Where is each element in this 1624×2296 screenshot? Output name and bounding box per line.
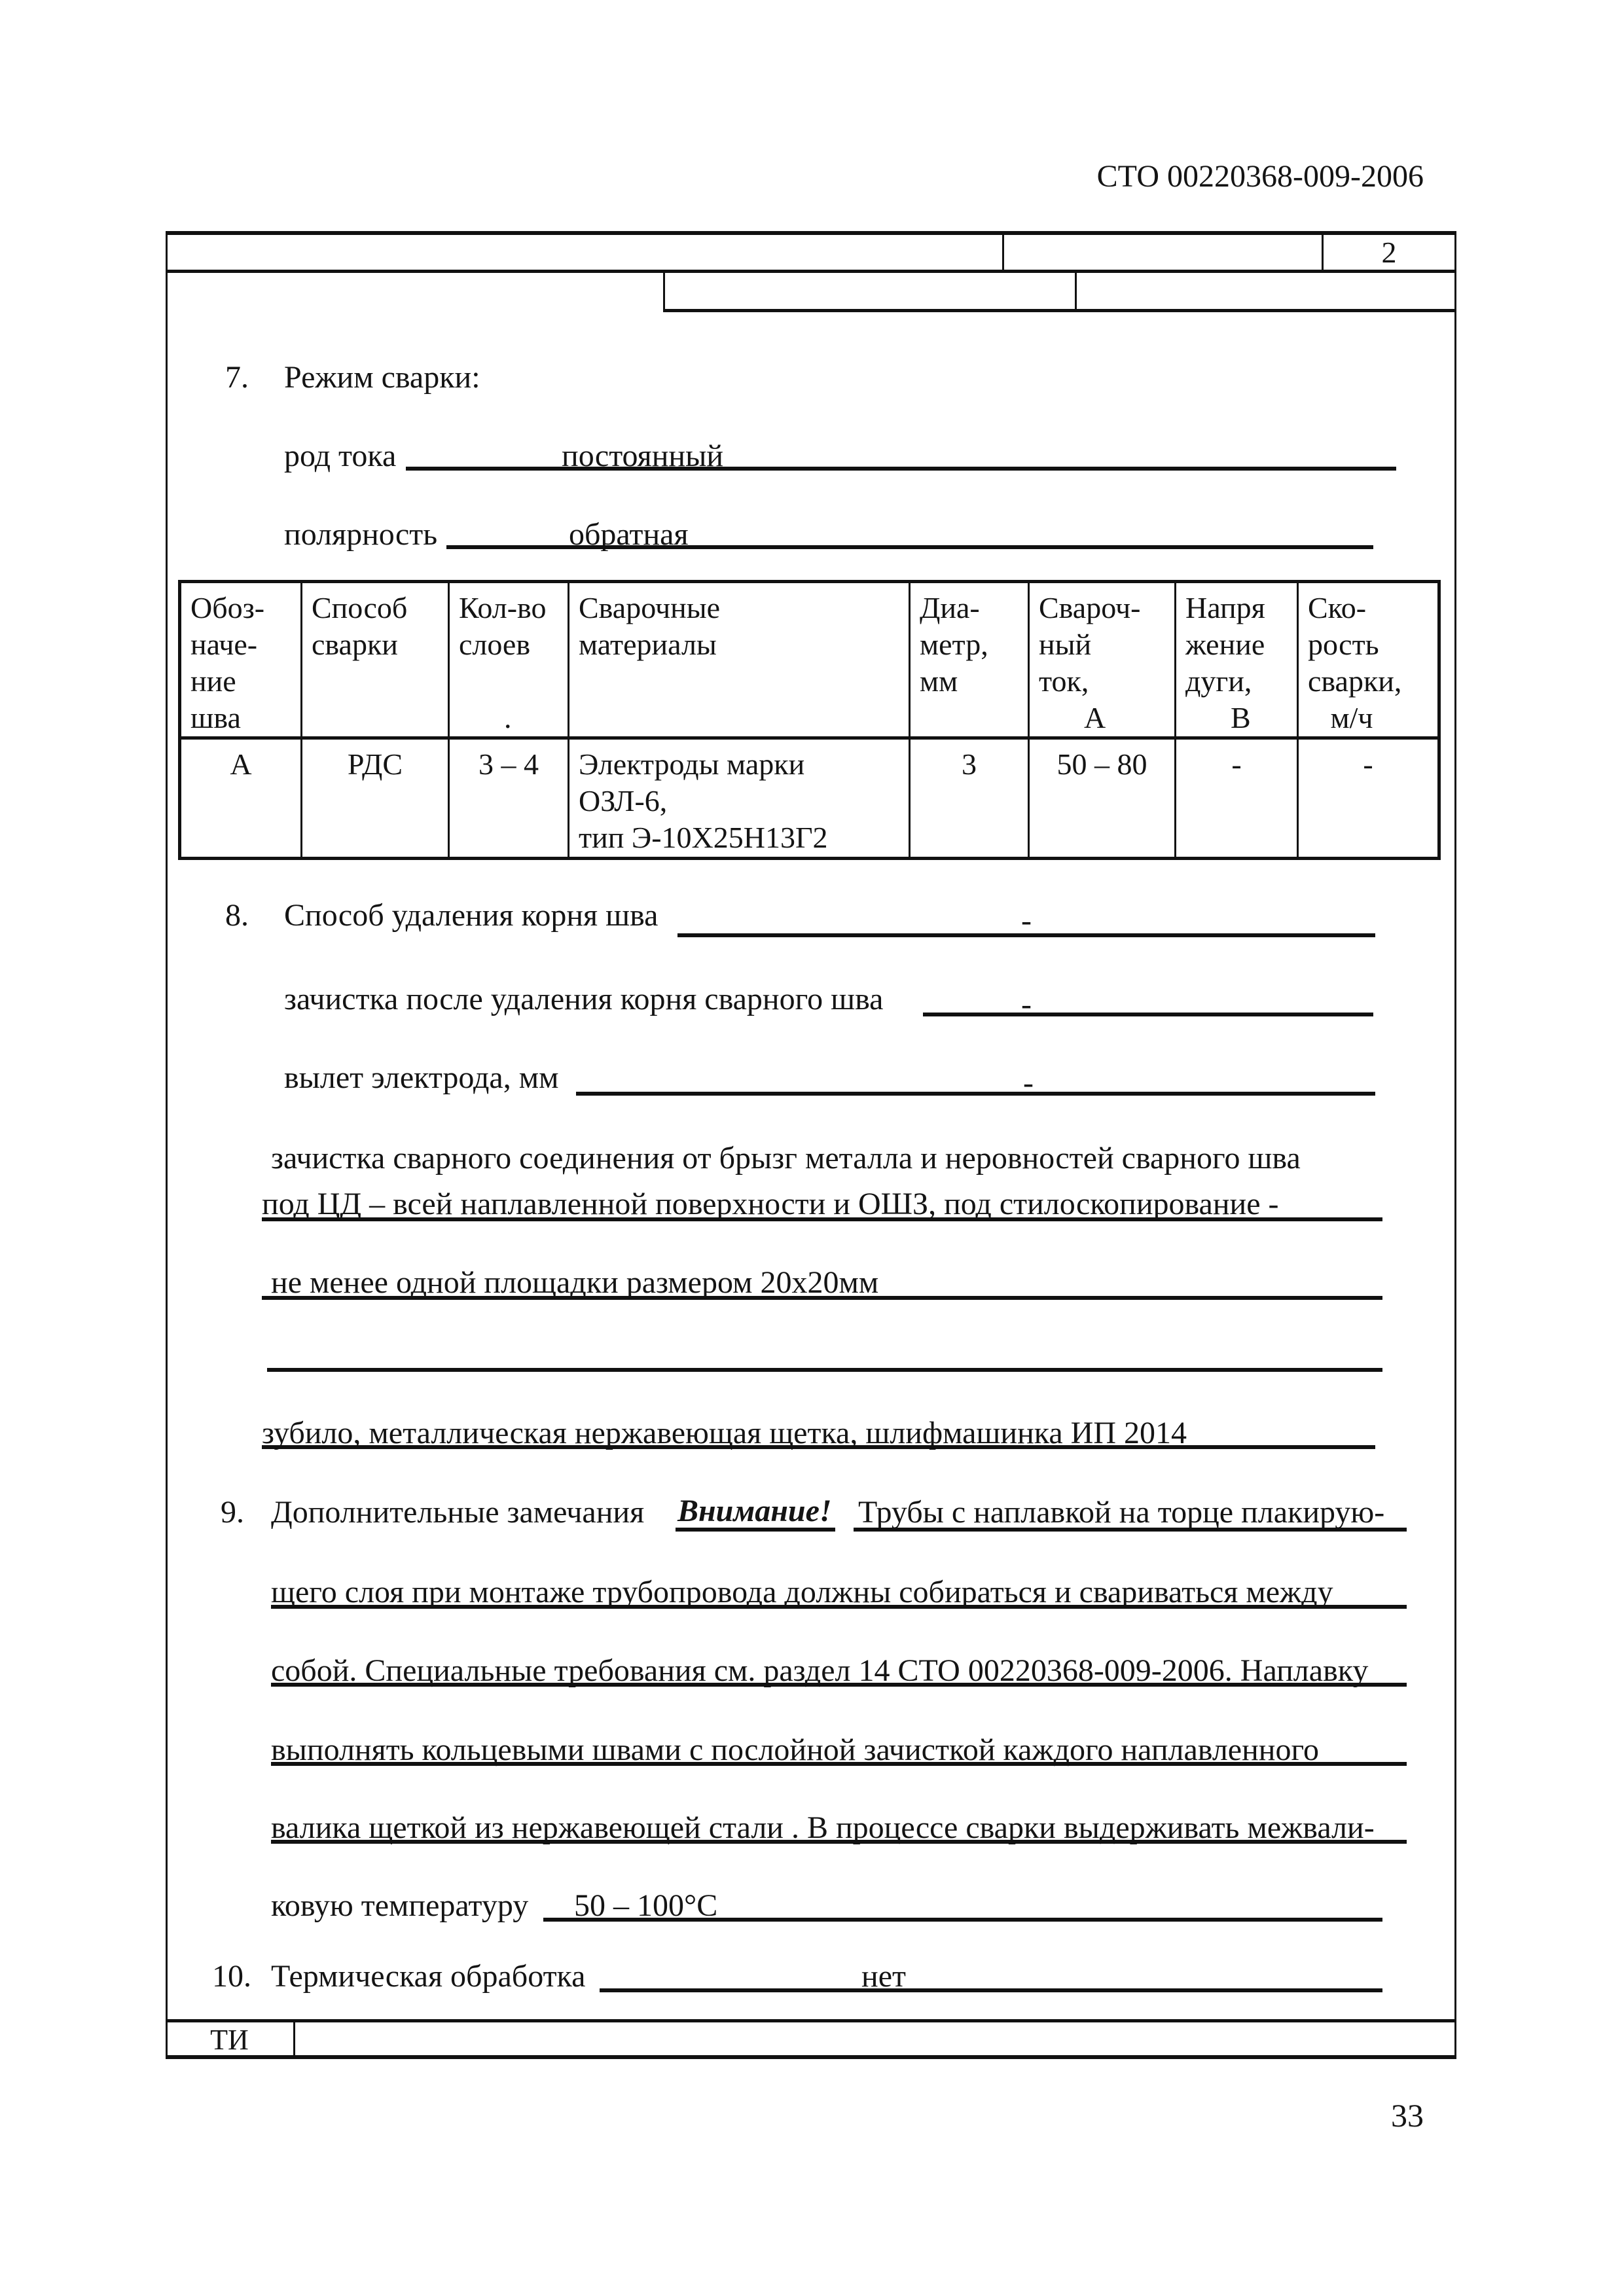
cd-line: под ЦД – всей наплавленной поверхности и… xyxy=(262,1187,1279,1222)
weld-parameters-table: Обоз- наче- ние шва Способ сварки Кол-во… xyxy=(178,580,1441,860)
attention-note: Внимание! xyxy=(677,1494,832,1529)
cell-voltage: - xyxy=(1176,738,1298,859)
doc-type-cell: ТИ xyxy=(166,2024,293,2056)
title-block-row2-divider xyxy=(1075,272,1077,310)
section9-line1-underline xyxy=(854,1528,1407,1532)
title-block-middle-line xyxy=(166,270,1456,273)
title-block-row2-left-edge xyxy=(663,272,665,310)
temperature-label: ковую температуру xyxy=(271,1888,528,1924)
cell-method: РДС xyxy=(302,738,449,859)
spatter-cleaning-line: зачистка сварного соединения от брызг ме… xyxy=(271,1141,1301,1176)
section9-line5-underline xyxy=(271,1840,1407,1844)
cell-speed: - xyxy=(1298,738,1439,859)
section9-line4-underline xyxy=(271,1762,1407,1766)
cell-layers: 3 – 4 xyxy=(449,738,569,859)
column-header-voltage: Напря жение дуги, В xyxy=(1176,582,1298,738)
sheet-number: 2 xyxy=(1322,236,1456,270)
section9-line2-underline xyxy=(271,1605,1407,1609)
stickout-label: вылет электрода, мм xyxy=(284,1060,558,1096)
cd-underline xyxy=(262,1217,1382,1221)
cell-diameter: 3 xyxy=(910,738,1029,859)
column-header-layers: Кол-во слоев . xyxy=(449,582,569,738)
empty-blank-line xyxy=(267,1368,1382,1372)
page-number: 33 xyxy=(1358,2097,1424,2134)
column-header-method: Способ сварки xyxy=(302,582,449,738)
title-block-top-line xyxy=(166,231,1456,235)
cell-seam-mark: А xyxy=(180,738,302,859)
title-block-row1-divider-1 xyxy=(1002,233,1004,271)
area-underline xyxy=(262,1296,1382,1300)
current-kind-label: род тока xyxy=(284,439,396,474)
root-cleaning-value: - xyxy=(1021,987,1032,1022)
section9-number: 9. xyxy=(221,1495,244,1530)
area-line: не менее одной площадки размером 20х20мм xyxy=(271,1265,878,1300)
root-removal-label: Способ удаления корня шва xyxy=(284,898,658,933)
temperature-blank-line xyxy=(543,1918,1382,1922)
current-kind-blank-line xyxy=(406,467,1396,471)
section8-number: 8. xyxy=(225,898,249,933)
footer-strip-top-line xyxy=(166,2019,1456,2022)
column-header-current: Свароч- ный ток, А xyxy=(1029,582,1176,738)
root-removal-blank-line xyxy=(677,933,1375,937)
footer-strip-bottom-line xyxy=(166,2055,1456,2059)
column-header-speed: Ско- рость сварки, м/ч xyxy=(1298,582,1439,738)
column-header-diameter: Диа- метр, мм xyxy=(910,582,1029,738)
attention-underline xyxy=(676,1528,835,1532)
polarity-label: полярность xyxy=(284,517,437,552)
title-block-row2-bottom-line xyxy=(663,309,1456,312)
section7-title: Режим сварки: xyxy=(284,360,480,395)
section10-number: 10. xyxy=(212,1959,251,1994)
polarity-blank-line xyxy=(446,545,1373,549)
section9-line1: Трубы с наплавкой на торце плакирую- xyxy=(858,1495,1384,1530)
heat-treatment-blank-line xyxy=(600,1988,1382,1992)
root-cleaning-blank-line xyxy=(923,1013,1373,1016)
section7-number: 7. xyxy=(225,360,249,395)
tools-underline xyxy=(262,1445,1375,1449)
section9-label: Дополнительные замечания xyxy=(271,1495,644,1530)
column-header-materials: Сварочные материалы xyxy=(569,582,910,738)
root-cleaning-label: зачистка после удаления корня сварного ш… xyxy=(284,982,883,1017)
cell-materials: Электроды марки ОЗЛ-6, тип Э-10Х25Н13Г2 xyxy=(569,738,910,859)
table-header-row: Обоз- наче- ние шва Способ сварки Кол-во… xyxy=(180,582,1439,738)
stickout-blank-line xyxy=(576,1092,1375,1096)
column-header-seam-mark: Обоз- наче- ние шва xyxy=(180,582,302,738)
table-row: А РДС 3 – 4 Электроды марки ОЗЛ-6, тип Э… xyxy=(180,738,1439,859)
heat-treatment-label: Термическая обработка xyxy=(271,1959,585,1994)
standard-reference: СТО 00220368-009-2006 xyxy=(1080,159,1424,194)
section9-line3-underline xyxy=(271,1683,1407,1687)
footer-strip-divider xyxy=(293,2020,295,2055)
cell-current: 50 – 80 xyxy=(1029,738,1176,859)
document-page: СТО 00220368-009-2006 2 7. Режим сварки:… xyxy=(0,0,1624,2296)
